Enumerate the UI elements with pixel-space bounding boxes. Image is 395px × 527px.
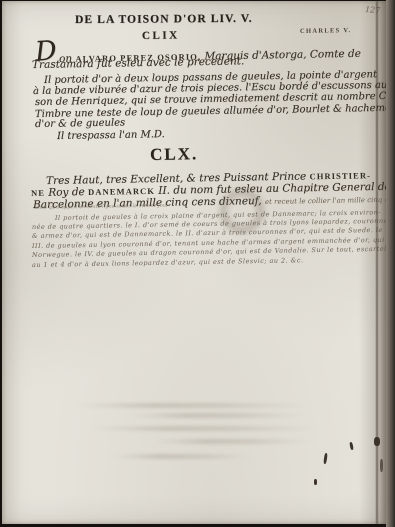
running-title: DE LA TOISON D'OR LIV. V.: [75, 13, 253, 26]
ink-speck: [349, 442, 354, 450]
manuscript-photo: 127 DE LA TOISON D'OR LIV. V. CHARLES V.…: [0, 0, 395, 527]
page-edge-crease: [376, 1, 378, 524]
show-through-smudge: [112, 454, 252, 459]
ink-speck: [323, 453, 328, 464]
show-through-smudge: [90, 426, 320, 431]
chapter-heading-clx: CLX.: [150, 144, 198, 165]
chapter-heading-clix: CLIX: [142, 29, 180, 42]
ink-speck: [314, 479, 317, 485]
show-through-smudge: [152, 439, 312, 444]
margin-note-charles-v: CHARLES V.: [300, 27, 352, 35]
show-through-smudge: [127, 413, 307, 418]
book-gutter-shadow: [386, 0, 395, 527]
ink-speck: [380, 459, 383, 472]
manuscript-page: 127 DE LA TOISON D'OR LIV. V. CHARLES V.…: [2, 1, 386, 524]
clix-paragraph3-line2: d'or & de gueules: [35, 117, 125, 130]
show-through-smudge: [72, 403, 312, 408]
folio-number: 127: [365, 5, 381, 15]
faded-stamp: [215, 186, 269, 236]
clix-paragraph1-line2: Trastamara fut esleu avec le precedent.: [32, 55, 244, 71]
clix-paragraph4: Il trespassa l'an M.D.: [57, 129, 165, 142]
